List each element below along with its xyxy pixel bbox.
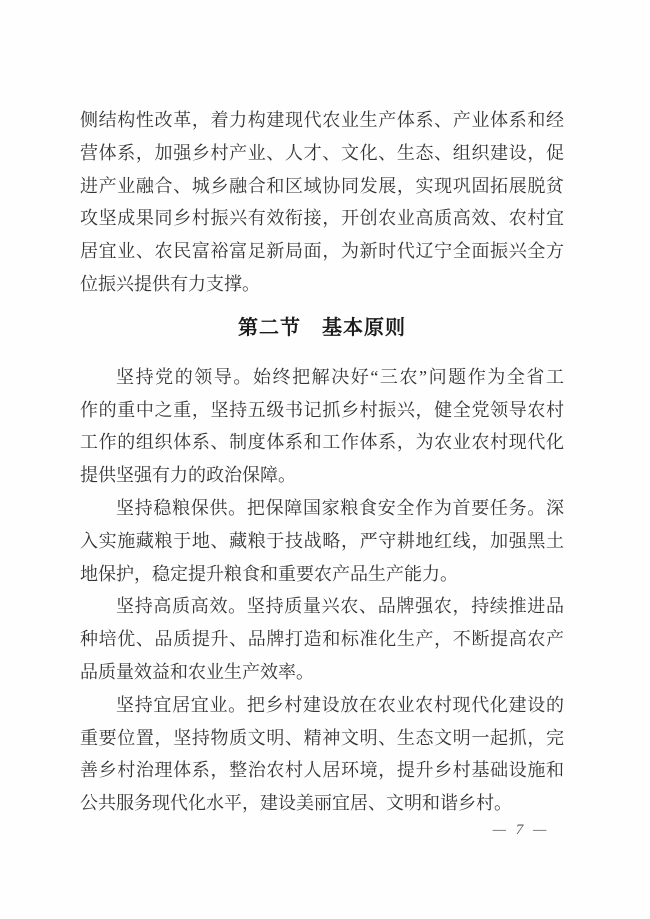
text-line: 品质量效益和农业生产效率。 <box>80 656 564 689</box>
text-line: 位振兴提供有力支撑。 <box>80 268 564 301</box>
text-line: 坚持宜居宜业。把乡村建设放在农业农村现代化建设的 <box>80 689 564 722</box>
text-line: 进产业融合、城乡融合和区域协同发展，实现巩固拓展脱贫 <box>80 170 564 203</box>
text-line: 坚持稳粮保供。把保障国家粮食安全作为首要任务。深 <box>80 492 564 525</box>
page-content: 侧结构性改革，着力构建现代农业生产体系、产业体系和经 营体系，加强乡村产业、人才… <box>80 104 564 820</box>
text-line: 入实施藏粮于地、藏粮于技战略，严守耕地红线，加强黑土 <box>80 525 564 558</box>
text-line: 侧结构性改革，着力构建现代农业生产体系、产业体系和经 <box>80 104 564 137</box>
text-line: 坚持高质高效。坚持质量兴农、品牌强农，持续推进品 <box>80 590 564 623</box>
page-number: — 7 — <box>493 822 550 838</box>
page-footer: — 7 — <box>486 820 556 840</box>
text-line: 工作的组织体系、制度体系和工作体系，为农业农村现代化 <box>80 426 564 459</box>
text-line: 坚持党的领导。始终把解决好“三农”问题作为全省工 <box>80 361 564 394</box>
principle-paragraph-quality-efficiency: 坚持高质高效。坚持质量兴农、品牌强农，持续推进品 种培优、品质提升、品牌打造和标… <box>80 590 564 688</box>
principle-paragraph-party-leadership: 坚持党的领导。始终把解决好“三农”问题作为全省工 作的重中之重，坚持五级书记抓乡… <box>80 361 564 492</box>
text-line: 营体系，加强乡村产业、人才、文化、生态、组织建设，促 <box>80 137 564 170</box>
principle-paragraph-livability: 坚持宜居宜业。把乡村建设放在农业农村现代化建设的 重要位置，坚持物质文明、精神文… <box>80 689 564 820</box>
text-line: 种培优、品质提升、品牌打造和标准化生产，不断提高农产 <box>80 623 564 656</box>
intro-paragraph: 侧结构性改革，着力构建现代农业生产体系、产业体系和经 营体系，加强乡村产业、人才… <box>80 104 564 301</box>
text-line: 地保护，稳定提升粮食和重要农产品生产能力。 <box>80 558 564 591</box>
document-page: 侧结构性改革，着力构建现代农业生产体系、产业体系和经 营体系，加强乡村产业、人才… <box>0 0 650 919</box>
text-line: 作的重中之重，坚持五级书记抓乡村振兴，健全党领导农村 <box>80 394 564 427</box>
text-line: 公共服务现代化水平，建设美丽宜居、文明和谐乡村。 <box>80 787 564 820</box>
text-line: 攻坚成果同乡村振兴有效衔接，开创农业高质高效、农村宜 <box>80 202 564 235</box>
section-heading: 第二节 基本原则 <box>80 314 564 342</box>
text-line: 重要位置，坚持物质文明、精神文明、生态文明一起抓，完 <box>80 722 564 755</box>
text-line: 居宜业、农民富裕富足新局面，为新时代辽宁全面振兴全方 <box>80 235 564 268</box>
principle-paragraph-grain-security: 坚持稳粮保供。把保障国家粮食安全作为首要任务。深 入实施藏粮于地、藏粮于技战略，… <box>80 492 564 590</box>
text-line: 善乡村治理体系，整治农村人居环境，提升乡村基础设施和 <box>80 754 564 787</box>
text-line: 提供坚强有力的政治保障。 <box>80 459 564 492</box>
